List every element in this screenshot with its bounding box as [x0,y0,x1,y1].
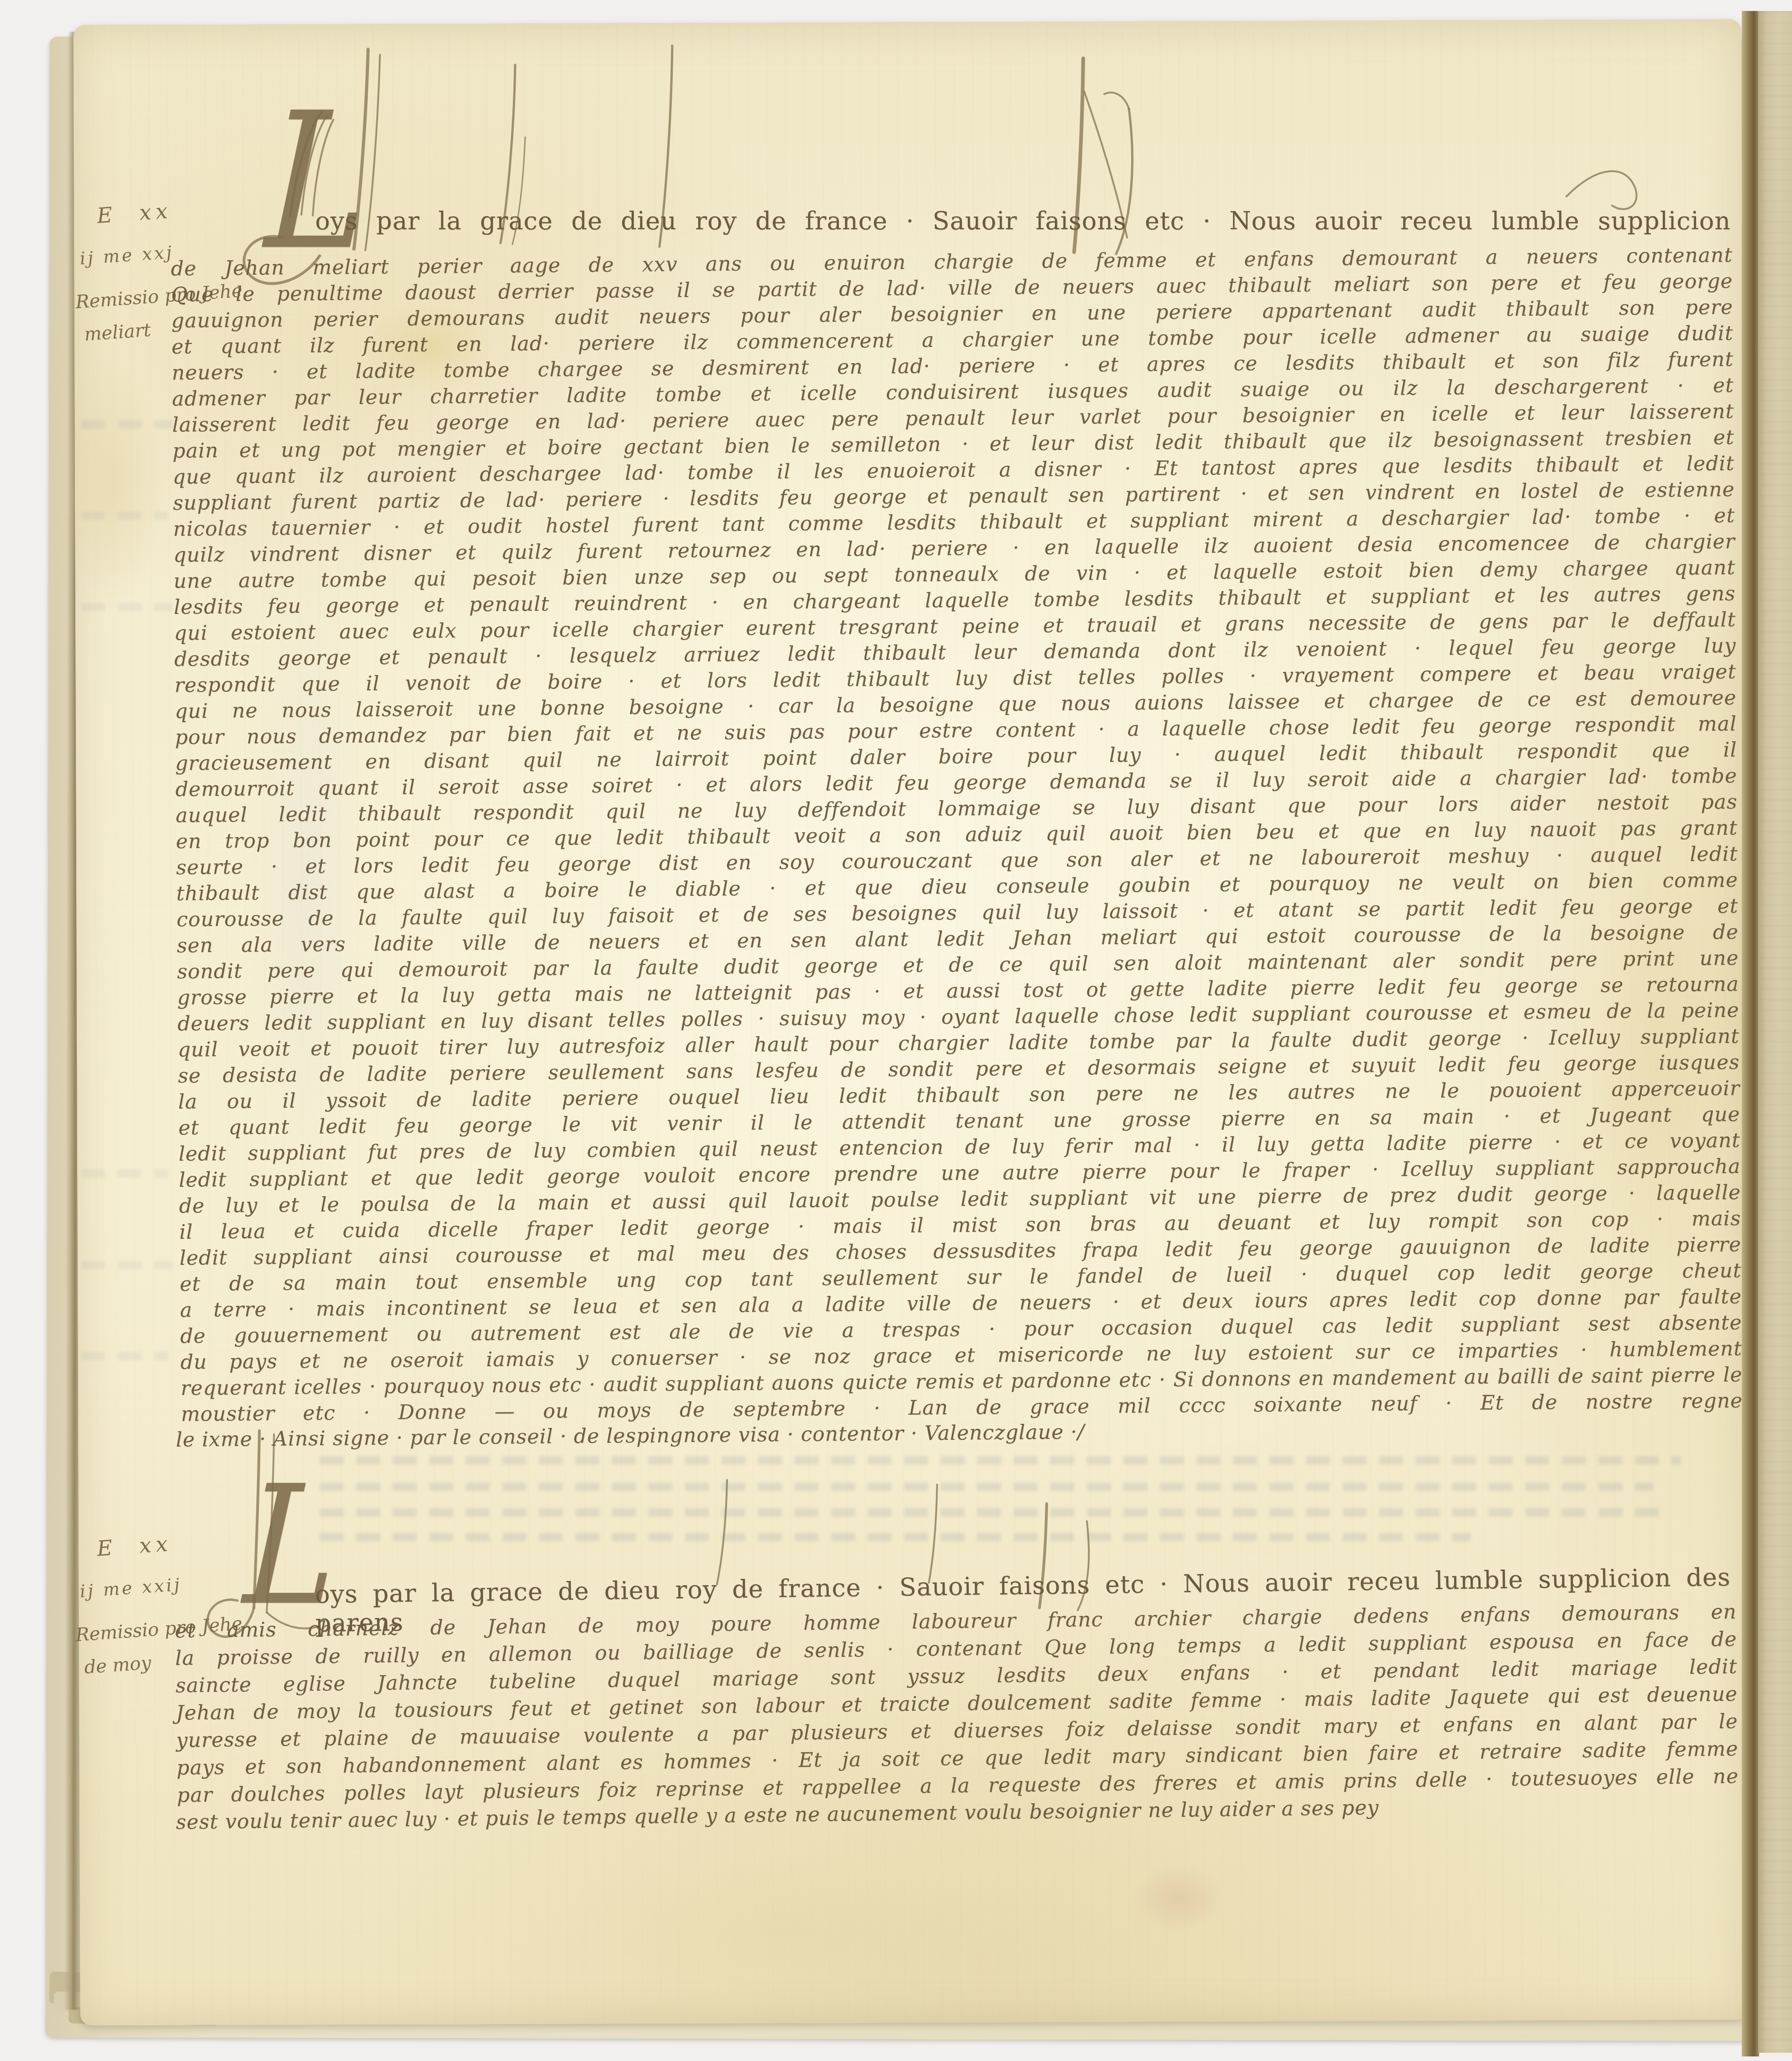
manuscript-scan: E xx ij me xxj Remissio pro Jehe meliart… [0,0,1792,2061]
letter-2-body: et amis charnelz de Jehan de moy poure h… [175,1598,1739,1809]
gutter-shadow [1742,11,1759,2056]
parchment-texture [1758,11,1792,2053]
letter-1-body: de Jehan meliart perier aage de xxv ans … [171,242,1743,1427]
folio-mark: E xx [96,198,173,228]
next-page-sliver [1758,11,1792,2053]
folio-mark: E xx [96,1531,173,1561]
opening-line: oys par la grace de dieu roy de france ·… [315,206,1731,235]
